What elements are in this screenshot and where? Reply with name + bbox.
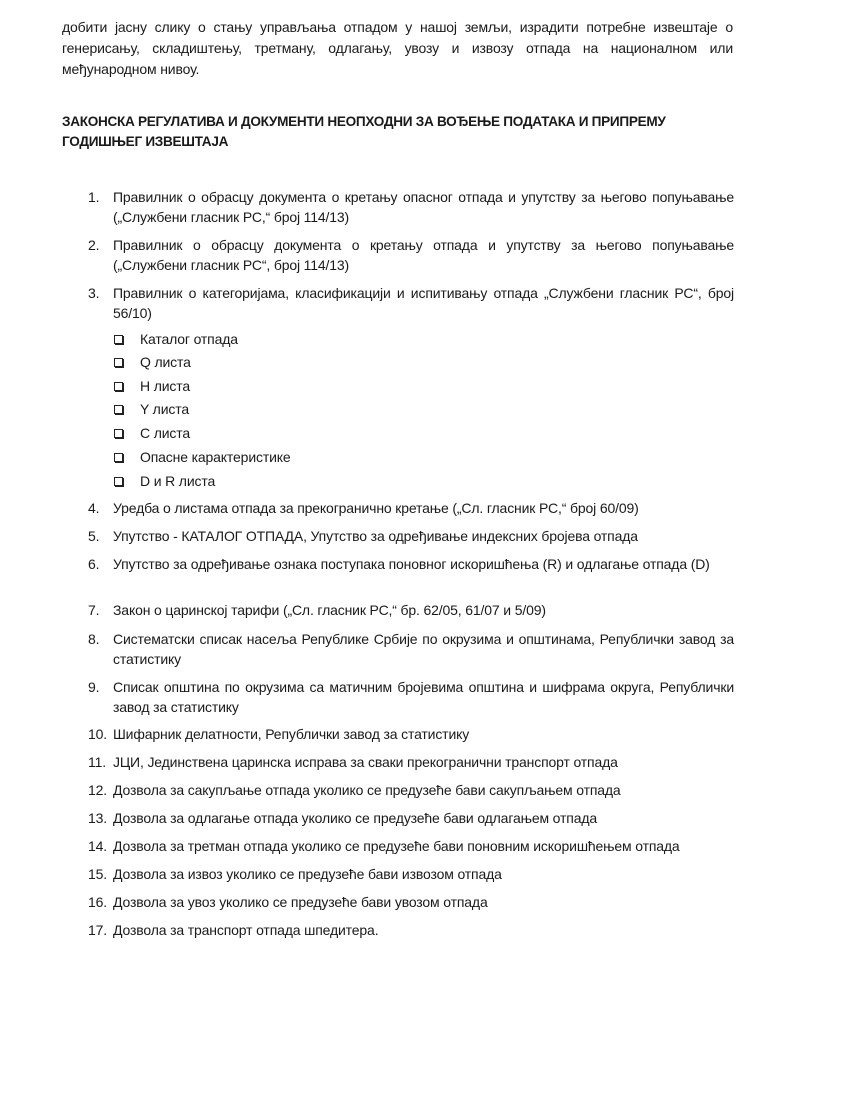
- list-item: 14. Дозвола за третман отпада уколико се…: [88, 836, 734, 856]
- intro-paragraph: добити јасну слику о стању управљања отп…: [62, 17, 733, 80]
- list-item-number: 1.: [88, 187, 99, 207]
- checkbox-bullet-icon: [114, 358, 123, 367]
- list-item-text: Уредба о листама отпада за прекогранично…: [113, 498, 734, 518]
- list-item: 16. Дозвола за увоз уколико се предузеће…: [88, 892, 734, 912]
- list-item: 7. Закон о царинској тарифи („Сл. гласни…: [88, 600, 734, 620]
- list-item-text: Дозвола за транспорт отпада шпедитера.: [113, 920, 734, 940]
- list-item: 3. Правилник о категоријама, класификаци…: [88, 283, 734, 323]
- checkbox-bullet-icon: [114, 405, 123, 414]
- list-item-text: Дозвола за третман отпада уколико се пре…: [113, 836, 734, 856]
- list-item-text: Дозвола за одлагање отпада уколико се пр…: [113, 808, 734, 828]
- list-item-text: Дозвола за извоз уколико се предузеће ба…: [113, 864, 734, 884]
- sub-list-item-text: D и R листа: [140, 471, 215, 491]
- list-item-number: 5.: [88, 526, 99, 546]
- list-item: 1. Правилник о обрасцу документа о крета…: [88, 187, 734, 227]
- list-item: 17. Дозвола за транспорт отпада шпедитер…: [88, 920, 734, 940]
- list-item: 15. Дозвола за извоз уколико се предузећ…: [88, 864, 734, 884]
- sub-list-item-text: Y листа: [140, 399, 189, 419]
- list-item-text: Дозвола за сакупљање отпада уколико се п…: [113, 780, 734, 800]
- list-item: 13. Дозвола за одлагање отпада уколико с…: [88, 808, 734, 828]
- list-item-number: 8.: [88, 629, 99, 649]
- checkbox-bullet-icon: [114, 382, 123, 391]
- sub-list-item-text: H листа: [140, 376, 190, 396]
- list-item-text: Дозвола за увоз уколико се предузеће бав…: [113, 892, 734, 912]
- list-item-number: 9.: [88, 677, 99, 697]
- list-item: 9. Списак општина по окрузима са матични…: [88, 677, 734, 717]
- list-item-number: 15.: [88, 864, 107, 884]
- sub-list-item-text: Опасне карактеристике: [140, 447, 291, 467]
- list-item-number: 10.: [88, 724, 107, 744]
- checkbox-bullet-icon: [114, 429, 123, 438]
- list-item-text: Правилник о обрасцу документа о кретању …: [113, 235, 734, 275]
- list-item-text: Списак општина по окрузима са матичним б…: [113, 677, 734, 717]
- list-item-number: 4.: [88, 498, 99, 518]
- list-item-number: 2.: [88, 235, 99, 255]
- checkbox-bullet-icon: [114, 477, 123, 486]
- list-item-number: 11.: [88, 752, 106, 772]
- list-item-number: 7.: [88, 600, 99, 620]
- list-item-number: 3.: [88, 283, 99, 303]
- list-item-text: ЈЦИ, Јединствена царинска исправа за сва…: [113, 752, 734, 772]
- checkbox-bullet-icon: [114, 335, 123, 344]
- list-item-text: Правилник о категоријама, класификацији …: [113, 283, 734, 323]
- list-item-number: 14.: [88, 836, 107, 856]
- list-item-text: Упутство - КАТАЛОГ ОТПАДА, Упутство за о…: [113, 526, 734, 546]
- list-item-number: 16.: [88, 892, 107, 912]
- list-item-text: Шифарник делатности, Републички завод за…: [113, 724, 734, 744]
- sub-list-item-text: Q листа: [140, 352, 191, 372]
- document-page: добити јасну слику о стању управљања отп…: [0, 0, 853, 1120]
- list-item: 8. Систематски списак насеља Републике С…: [88, 629, 734, 669]
- list-item-number: 12.: [88, 780, 107, 800]
- list-item: 2. Правилник о обрасцу документа о крета…: [88, 235, 734, 275]
- list-item-number: 17.: [88, 920, 107, 940]
- list-item: 6. Упутство за одређивање ознака поступа…: [88, 554, 734, 574]
- list-item: 4. Уредба о листама отпада за прекограни…: [88, 498, 734, 518]
- sub-list-item-text: C листа: [140, 423, 190, 443]
- list-item-number: 13.: [88, 808, 107, 828]
- list-item: 12. Дозвола за сакупљање отпада уколико …: [88, 780, 734, 800]
- checkbox-bullet-icon: [114, 453, 123, 462]
- list-item: 5. Упутство - КАТАЛОГ ОТПАДА, Упутство з…: [88, 526, 734, 546]
- sub-list-item-text: Каталог отпада: [140, 329, 238, 349]
- list-item-text: Закон о царинској тарифи („Сл. гласник Р…: [113, 600, 734, 620]
- list-item-text: Упутство за одређивање ознака поступака …: [113, 554, 734, 574]
- list-item-text: Правилник о обрасцу документа о кретању …: [113, 187, 734, 227]
- list-item: 11. ЈЦИ, Јединствена царинска исправа за…: [88, 752, 734, 772]
- list-item-number: 6.: [88, 554, 99, 574]
- list-item: 10. Шифарник делатности, Републички заво…: [88, 724, 734, 744]
- section-heading: ЗАКОНСКА РЕГУЛАТИВА И ДОКУМЕНТИ НЕОПХОДН…: [62, 112, 742, 152]
- list-item-text: Систематски списак насеља Републике Срби…: [113, 629, 734, 669]
